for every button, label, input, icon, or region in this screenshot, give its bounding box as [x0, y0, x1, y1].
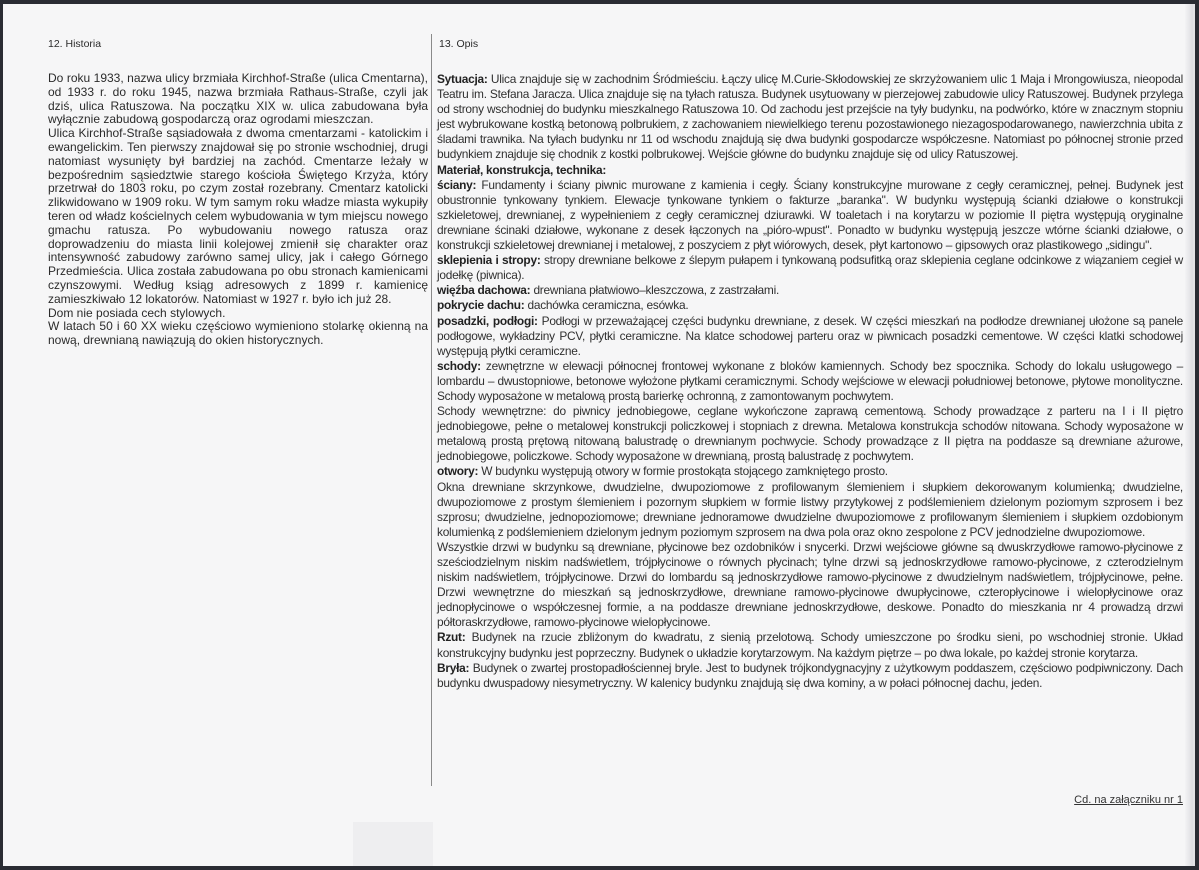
section-title-opis: 13. Opis: [439, 38, 1183, 50]
opis-schody-wewnetrzne: Schody wewnętrzne: do piwnicy jednobiego…: [437, 404, 1183, 464]
opis-posadzki: posadzki, podłogi: Podłogi w przeważając…: [437, 314, 1183, 359]
opis-wiezba: więźba dachowa: drewniana płatwiowo–kles…: [437, 283, 1183, 298]
label-sciany: ściany:: [437, 178, 476, 192]
continued-on-attachment-note: Cd. na załączniku nr 1: [1074, 794, 1183, 806]
column-divider: [431, 34, 432, 786]
opis-okna: Okna drewniane skrzynkowe, dwudzielne, d…: [437, 480, 1183, 540]
historia-paragraph: Do roku 1933, nazwa ulicy brzmiała Kirch…: [48, 72, 428, 127]
opis-section: 13. Opis Sytuacja: Ulica znajduje się w …: [437, 38, 1183, 691]
historia-paragraph: W latach 50 i 60 XX wieku częściowo wymi…: [48, 320, 428, 348]
page-edge: [1185, 4, 1193, 866]
section-title-historia: 12. Historia: [48, 38, 428, 50]
label-otwory: otwory:: [437, 464, 478, 478]
opis-otwory: otwory: W budynku występują otwory w for…: [437, 464, 1183, 479]
opis-sciany: ściany: Fundamenty i ściany piwnic murow…: [437, 178, 1183, 253]
label-bryla: Bryła:: [437, 661, 469, 675]
opis-drzwi: Wszystkie drzwi w budynku są drewniane, …: [437, 540, 1183, 631]
opis-material-heading: Materiał, konstrukcja, technika:: [437, 163, 1183, 178]
label-wiezba: więźba dachowa:: [437, 283, 530, 297]
label-rzut: Rzut:: [437, 630, 465, 644]
label-sklepienia: sklepienia i stropy:: [437, 253, 541, 267]
label-pokrycie: pokrycie dachu:: [437, 298, 524, 312]
opis-sklepienia: sklepienia i stropy: stropy drewniane be…: [437, 253, 1183, 283]
historia-section: 12. Historia Do roku 1933, nazwa ulicy b…: [48, 38, 428, 348]
historia-paragraph: Dom nie posiada cech stylowych.: [48, 307, 428, 321]
label-sytuacja: Sytuacja:: [437, 72, 488, 86]
opis-sytuacja: Sytuacja: Ulica znajduje się w zachodnim…: [437, 72, 1183, 163]
label-schody: schody:: [437, 359, 481, 373]
opis-pokrycie: pokrycie dachu: dachówka ceramiczna, esó…: [437, 298, 1183, 313]
label-posadzki: posadzki, podłogi:: [437, 314, 538, 328]
paper-fold-shadow: [353, 822, 433, 866]
opis-bryla: Bryła: Budynek o zwartej prostopadłoście…: [437, 661, 1183, 691]
opis-rzut: Rzut: Budynek na rzucie zbliżonym do kwa…: [437, 630, 1183, 660]
opis-schody: schody: zewnętrzne w elewacji północnej …: [437, 359, 1183, 404]
historia-paragraph: Ulica Kirchhof-Straße sąsiadowała z dwom…: [48, 127, 428, 306]
scanned-document-page: 12. Historia Do roku 1933, nazwa ulicy b…: [3, 4, 1195, 866]
